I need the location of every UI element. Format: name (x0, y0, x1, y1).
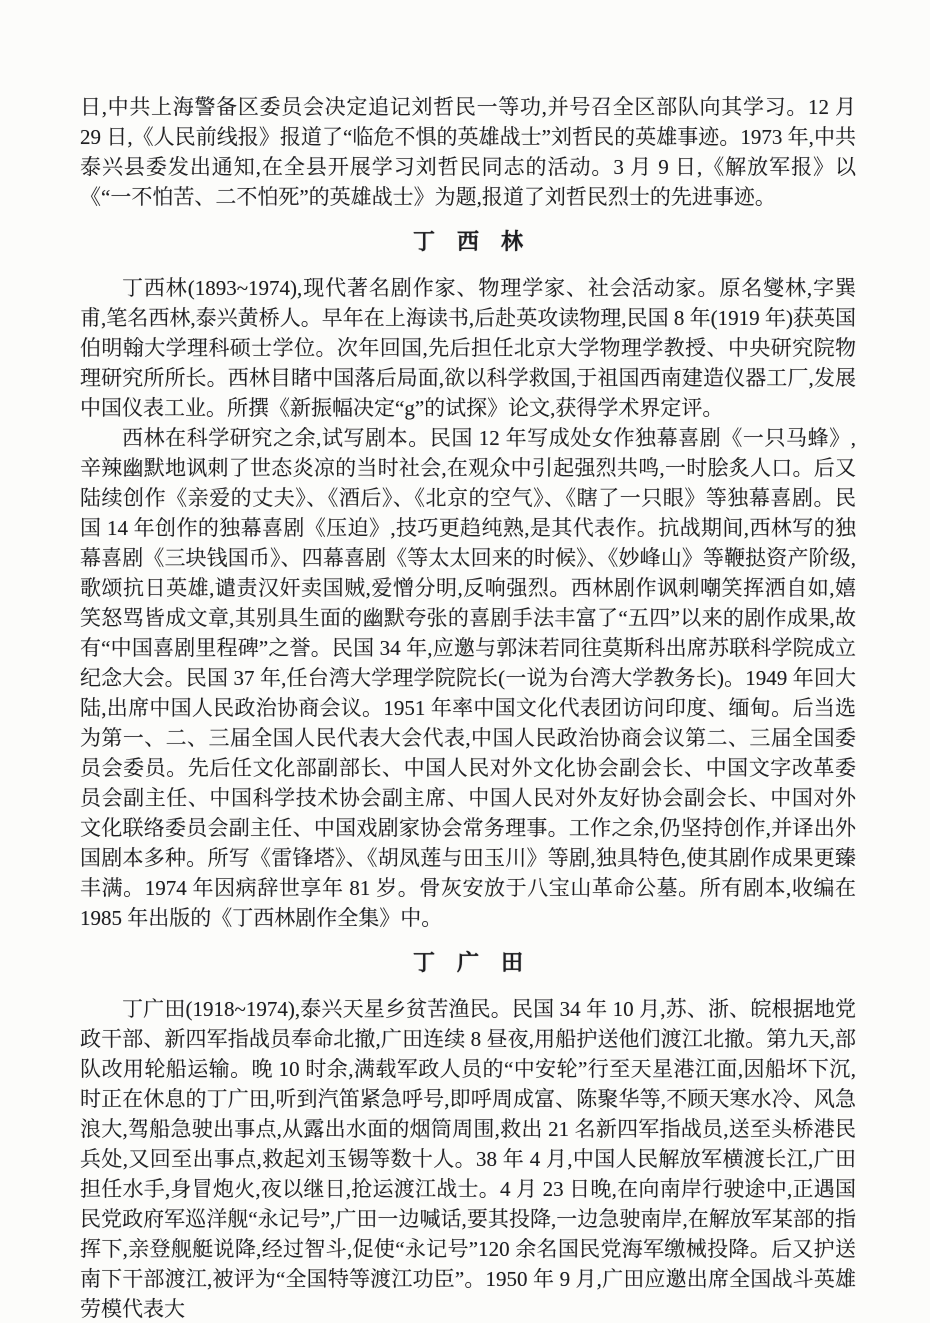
section-heading-dingguangtian: 丁广田 (80, 948, 856, 978)
section-heading-text: 丁西林 (413, 229, 545, 254)
continuation-paragraph: 日,中共上海警备区委员会决定追记刘哲民一等功,并号召全区部队向其学习。12 月 … (80, 92, 856, 212)
biography-paragraph: 丁西林(1893~1974),现代著名剧作家、物理学家、社会活动家。原名燮林,字… (80, 273, 856, 423)
scanned-book-page: 日,中共上海警备区委员会决定追记刘哲民一等功,并号召全区部队向其学习。12 月 … (0, 0, 930, 1323)
biography-paragraph: 丁广田(1918~1974),泰兴天星乡贫苦渔民。民国 34 年 10 月,苏、… (80, 994, 856, 1323)
biography-paragraph: 西林在科学研究之余,试写剧本。民国 12 年写成处女作独幕喜剧《一只马蜂》,辛辣… (80, 423, 856, 933)
section-heading-dingxilin: 丁西林 (80, 227, 856, 257)
section-heading-text: 丁广田 (413, 950, 545, 975)
